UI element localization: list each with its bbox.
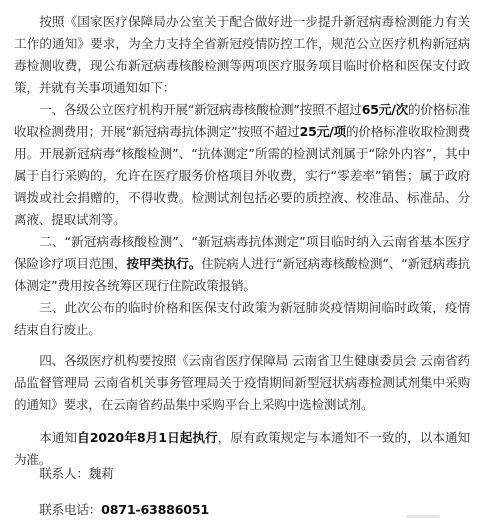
effective-text-a: 本通知 (39, 430, 77, 445)
effective-date: 自2020年8月1日起执行 (77, 430, 218, 445)
nucleic-acid-price: 65元/次 (362, 102, 408, 117)
section-2-paragraph: 二、“新冠病毒核酸检测”、“新冠病毒抗体测定”项目临时纳入云南省基本医疗保险诊疗… (14, 231, 470, 297)
section-1-text-c: 的价格标准收取检测费用。开展新冠病毒“核酸检测”、“抗体测定”所需的检测试剂属于… (14, 124, 470, 227)
contact-phone-line: 联系电话：0871-63886051 (14, 499, 470, 521)
intro-text: 按照《国家医疗保障局办公室关于配合做好进一步提升新冠病毒检测能力有关工作的通知》… (14, 14, 470, 95)
section-3-paragraph: 三、此次公布的临时价格和医保支付政策为新冠肺炎疫情期间临时政策，疫情结束自行废止… (14, 297, 470, 341)
antibody-price: 25元/项 (300, 124, 346, 139)
intro-paragraph: 按照《国家医疗保障局办公室关于配合做好进一步提升新冠病毒检测能力有关工作的通知》… (14, 11, 470, 99)
section-4-paragraph: 四、各级医疗机构要按照《云南省医疗保障局 云南省卫生健康委员会 云南省药品监督管… (14, 350, 470, 416)
contact-phone-number: 0871-63886051 (101, 502, 209, 517)
category-a-note: 按甲类执行。 (126, 256, 201, 271)
section-4-text: 四、各级医疗机构要按照《云南省医疗保障局 云南省卫生健康委员会 云南省药品监督管… (14, 353, 470, 412)
contact-person-label: 联系人： (39, 466, 89, 481)
section-1-text-a: 一、各级公立医疗机构开展“新冠病毒核酸检测”按照不超过 (39, 102, 362, 117)
contact-phone-label: 联系电话： (39, 502, 101, 517)
section-3-text: 三、此次公布的临时价格和医保支付政策为新冠肺炎疫情期间临时政策，疫情结束自行废止… (14, 300, 470, 337)
watermark-mark (406, 515, 440, 518)
section-1-paragraph: 一、各级公立医疗机构开展“新冠病毒核酸检测”按照不超过65元/次的价格标准收取检… (14, 99, 470, 231)
contact-person-name: 魏莉 (89, 466, 114, 481)
contact-person-line: 联系人：魏莉 (14, 463, 470, 485)
